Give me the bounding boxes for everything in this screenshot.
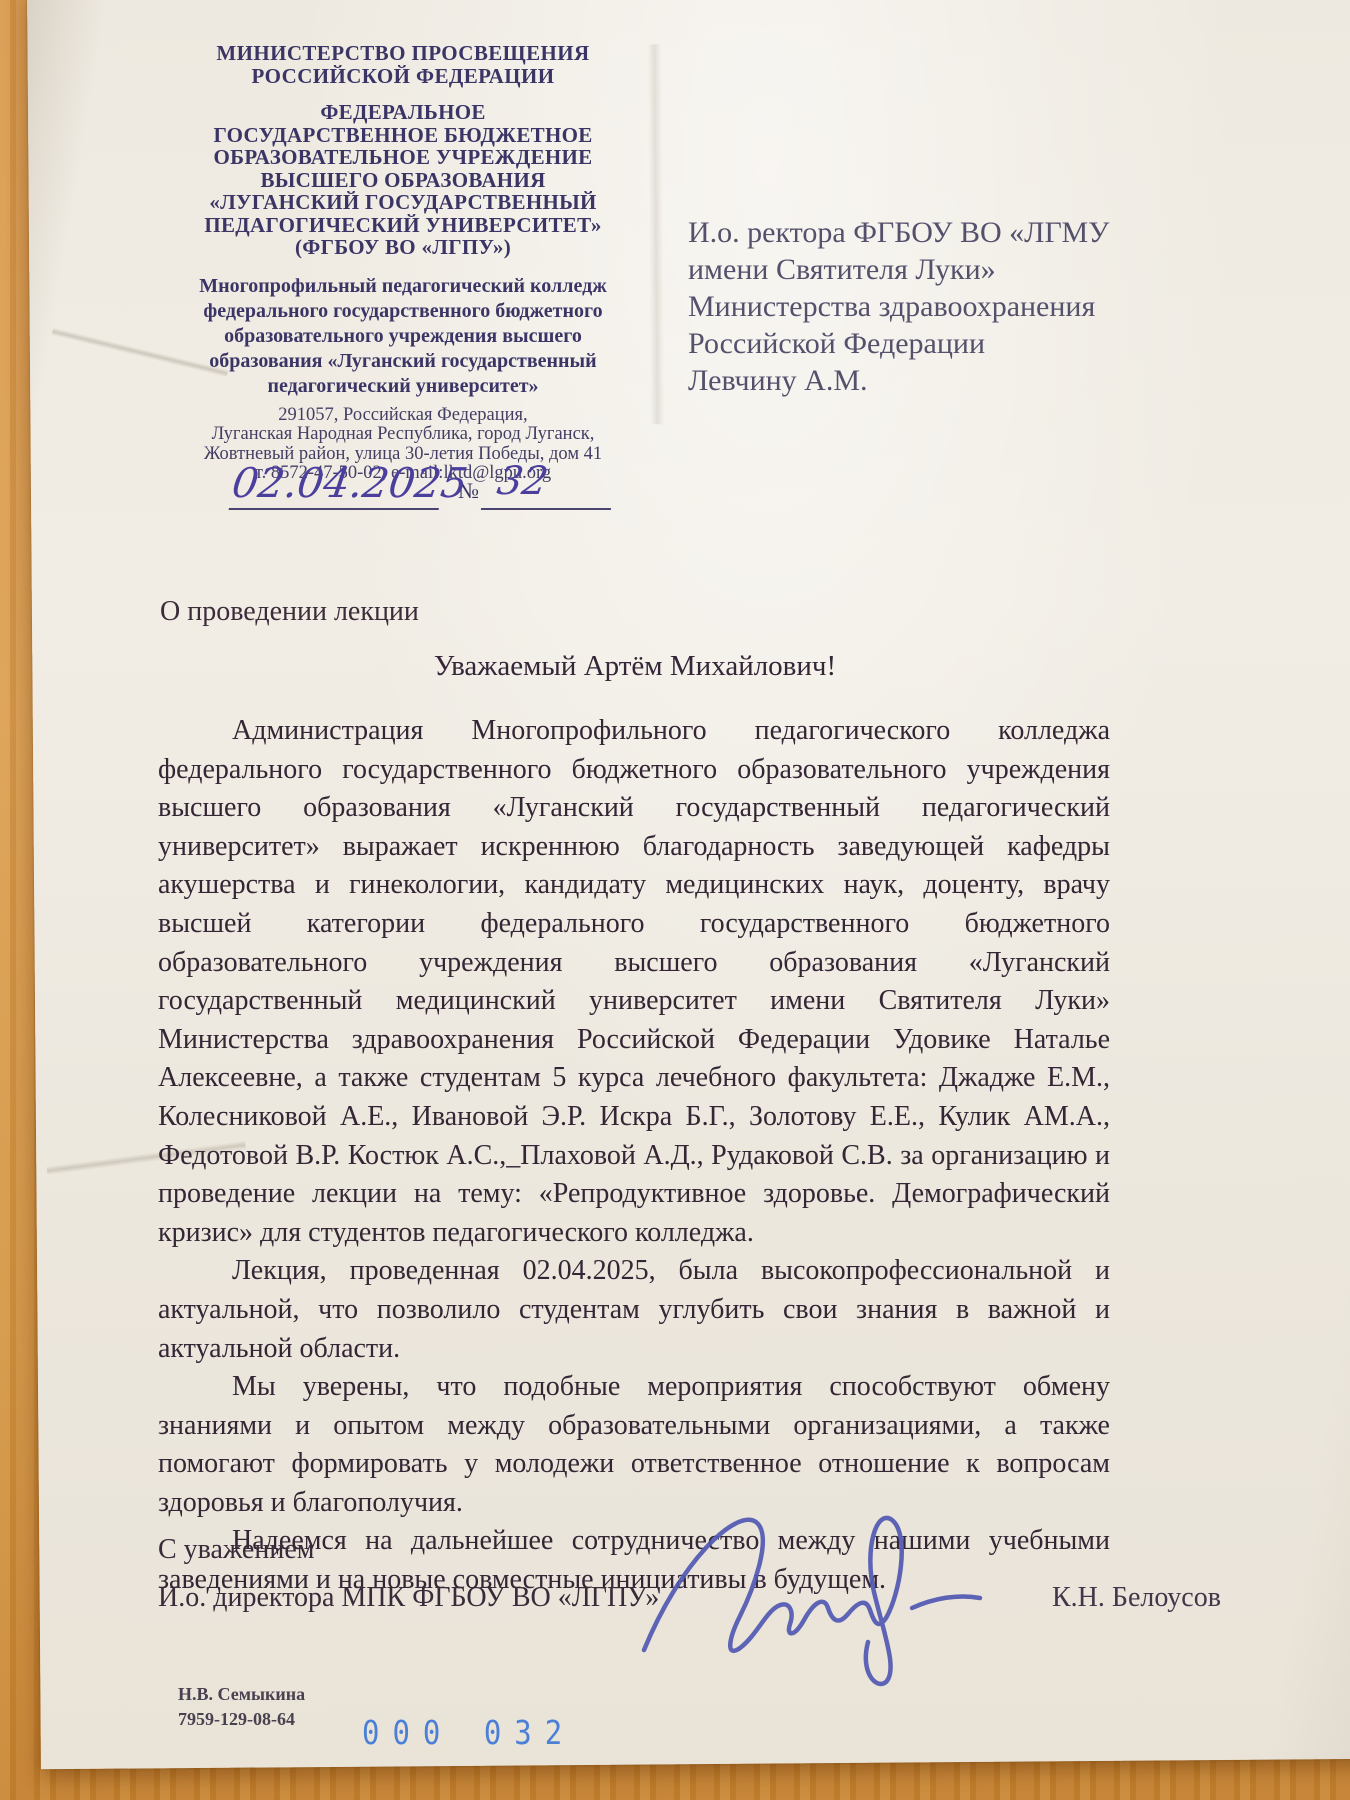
letterhead: МИНИСТЕРСТВО ПРОСВЕЩЕНИЯ РОССИЙСКОЙ ФЕДЕ… — [145, 42, 661, 484]
ministry-line: РОССИЙСКОЙ ФЕДЕРАЦИИ — [145, 65, 661, 88]
executor-phone: 7959-129-08-64 — [178, 1707, 305, 1732]
college-line: Многопрофильный педагогический колледж — [145, 274, 661, 299]
executor-block: Н.В. Семыкина 7959-129-08-64 — [178, 1682, 305, 1732]
handwritten-signature — [628, 1492, 1028, 1692]
recipient-line: Российской Федерации — [688, 325, 1174, 362]
handwritten-number: 32 — [481, 462, 619, 510]
closing-line: С уважением — [158, 1534, 314, 1566]
recipient-line: имени Святителя Луки» — [688, 251, 1174, 288]
photo-scene: МИНИСТЕРСТВО ПРОСВЕЩЕНИЯ РОССИЙСКОЙ ФЕДЕ… — [0, 0, 1350, 1800]
subject-line: О проведении лекции — [160, 596, 419, 628]
college-line: образования «Луганский государственный — [145, 349, 661, 374]
college-line: федерального государственного бюджетного — [145, 299, 661, 324]
address-line: 291057, Российская Федерация, — [145, 406, 661, 426]
salutation: Уважаемый Артём Михайлович! — [160, 650, 1110, 683]
institution-line: ОБРАЗОВАТЕЛЬНОЕ УЧРЕЖДЕНИЕ — [145, 146, 661, 169]
executor-name: Н.В. Семыкина — [178, 1682, 305, 1707]
signer-name: К.Н. Белоусов — [1052, 1582, 1221, 1614]
recipient-line: Министерства здравоохранения — [688, 288, 1174, 325]
ministry-line: МИНИСТЕРСТВО ПРОСВЕЩЕНИЯ — [145, 42, 661, 65]
body-paragraph: Лекция, проведенная 02.04.2025, была выс… — [158, 1252, 1110, 1368]
institution-line: ВЫСШЕГО ОБРАЗОВАНИЯ — [145, 169, 661, 192]
college-line: образовательного учреждения высшего — [145, 324, 661, 349]
institution-line: (ФГБОУ ВО «ЛГПУ») — [145, 236, 661, 259]
institution-line: ПЕДАГОГИЧЕСКИЙ УНИВЕРСИТЕТ» — [145, 214, 661, 237]
institution-line: ГОСУДАРСТВЕННОЕ БЮДЖЕТНОЕ — [145, 124, 661, 147]
recipient-line: И.о. ректора ФГБОУ ВО «ЛГМУ — [688, 214, 1174, 251]
college-block: Многопрофильный педагогический колледж ф… — [145, 274, 661, 399]
recipient-line: Левчину А.М. — [688, 362, 1174, 399]
body-paragraph: Администрация Многопрофильного педагогич… — [158, 712, 1110, 1252]
stamp-number: 000 032 — [362, 1714, 575, 1752]
handwritten-date: 02.04.2025 — [229, 462, 446, 510]
institution-line: «ЛУГАНСКИЙ ГОСУДАРСТВЕННЫЙ — [145, 191, 661, 214]
signer-position: И.о. директора МПК ФГБОУ ВО «ЛГПУ» — [158, 1582, 659, 1614]
institution-block: ФЕДЕРАЛЬНОЕ ГОСУДАРСТВЕННОЕ БЮДЖЕТНОЕ ОБ… — [145, 101, 661, 259]
college-line: педагогический университет» — [145, 374, 661, 399]
recipient-block: И.о. ректора ФГБОУ ВО «ЛГМУ имени Святит… — [688, 214, 1174, 399]
date-number-line: 02.04.2025 № 32 — [232, 462, 615, 510]
letter-body: Администрация Многопрофильного педагогич… — [158, 712, 1110, 1600]
address-line: Луганская Народная Республика, город Луг… — [145, 425, 661, 445]
institution-line: ФЕДЕРАЛЬНОЕ — [145, 101, 661, 124]
ministry-block: МИНИСТЕРСТВО ПРОСВЕЩЕНИЯ РОССИЙСКОЙ ФЕДЕ… — [145, 42, 661, 88]
